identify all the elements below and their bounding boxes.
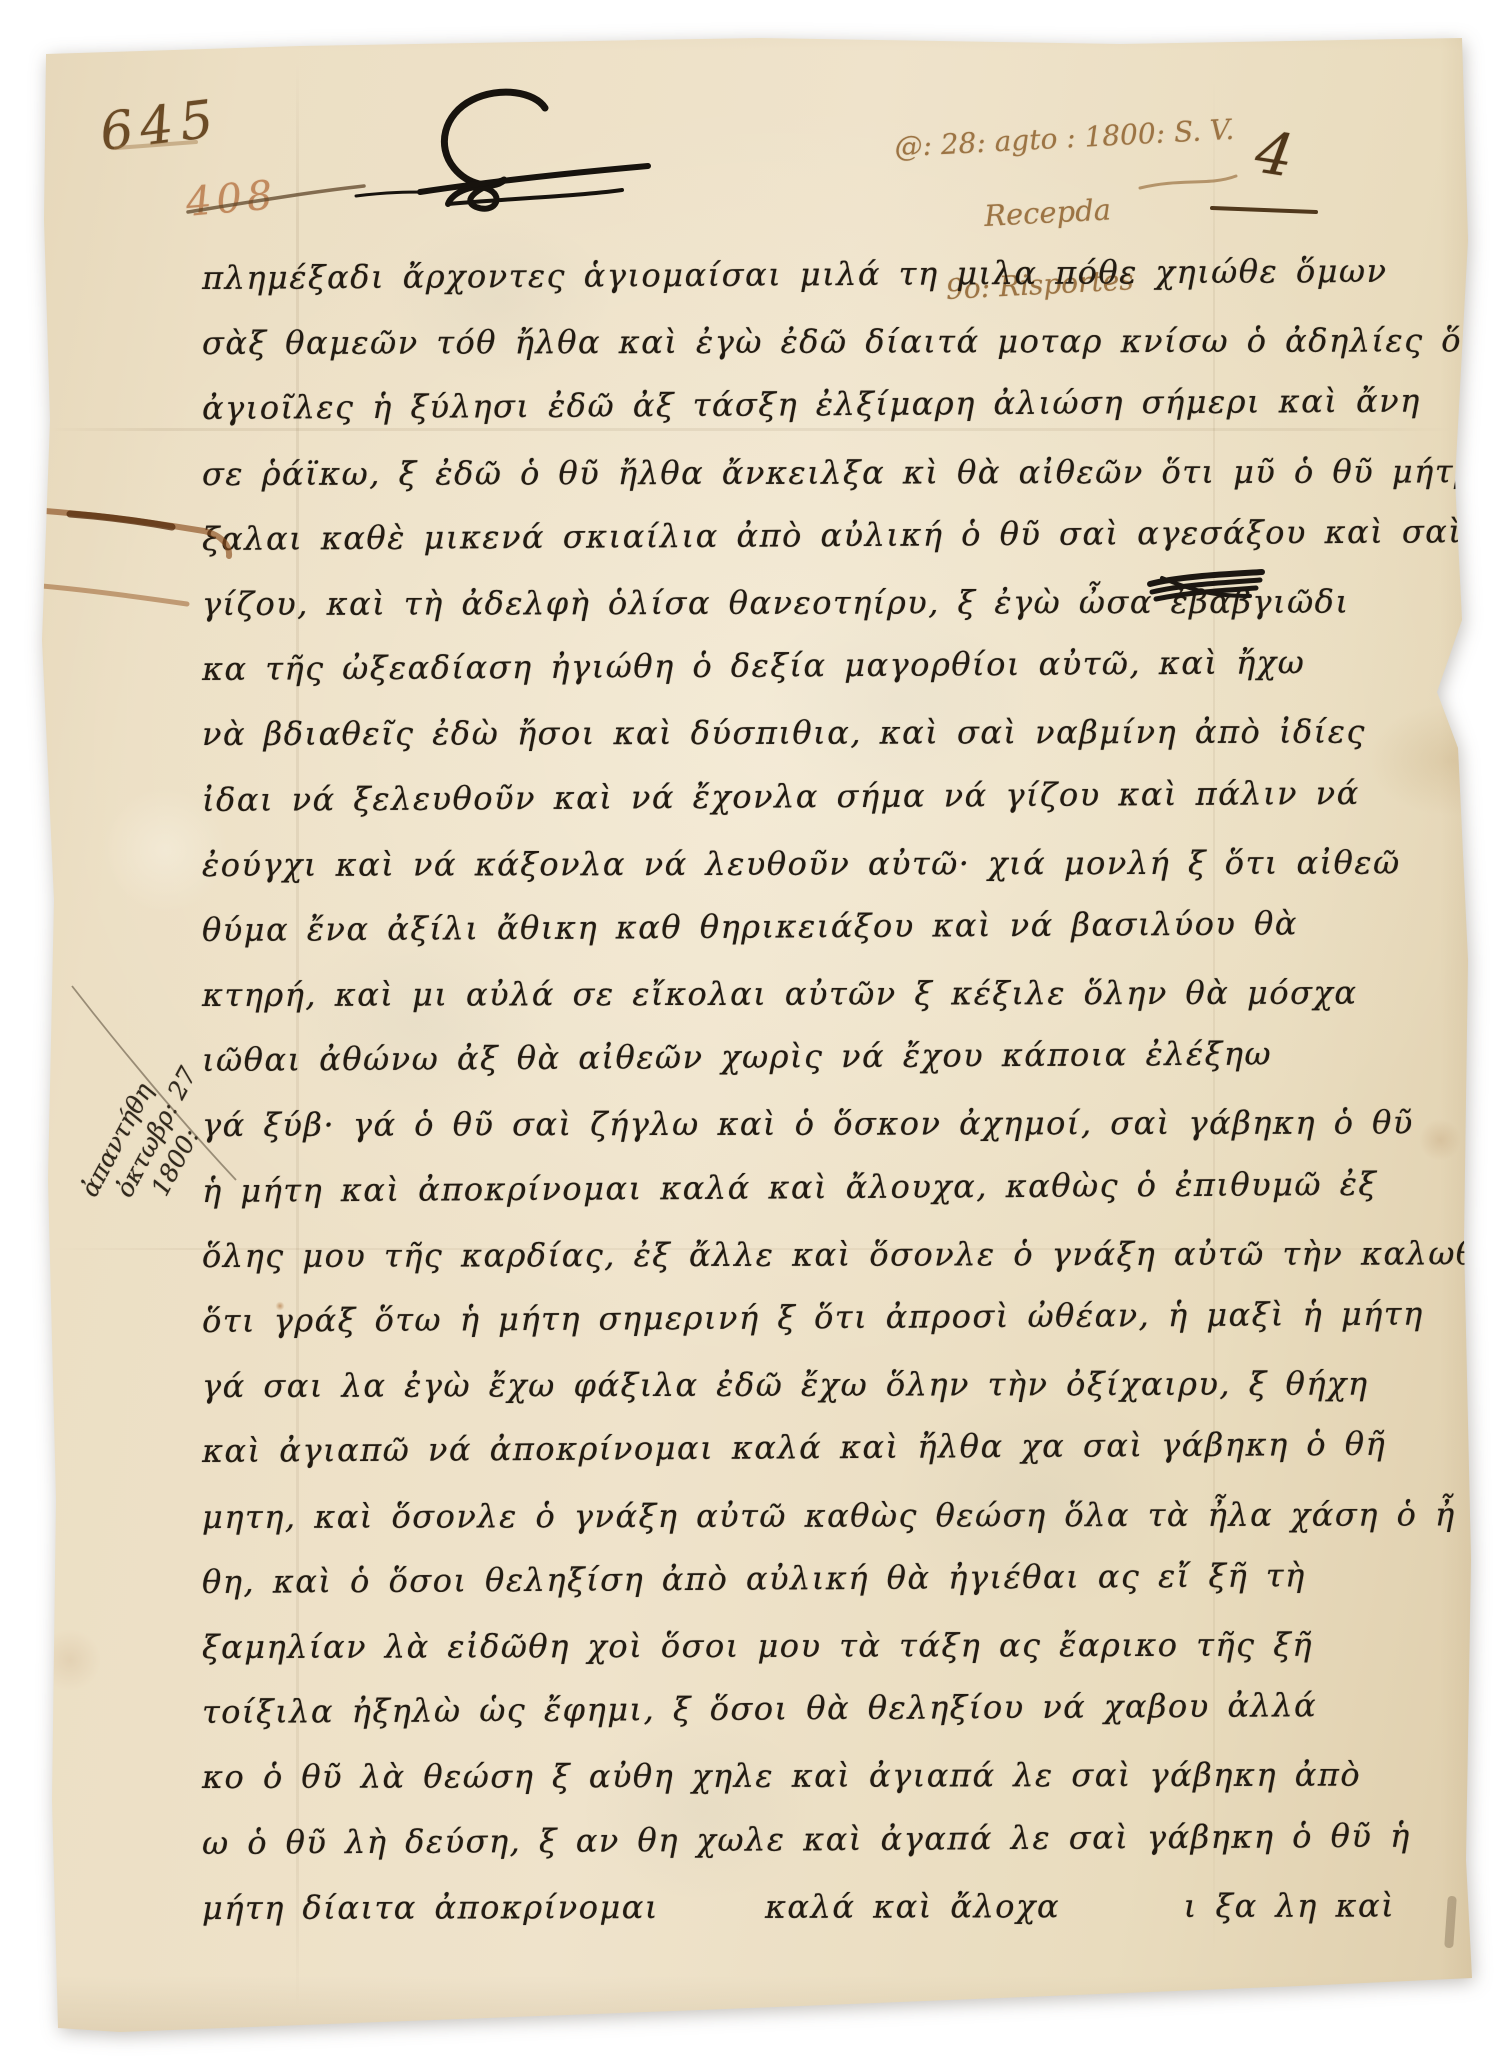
manuscript-line: ξαμηλίαν λὰ εἰδῶθη χοὶ ὅσοι μου τὰ τάξη … bbox=[202, 1612, 1454, 1680]
docket-date-line: @: 28: agto : 1800: S. V. bbox=[894, 110, 1295, 164]
manuscript-line: καὶ ἀγιαπῶ νά ἀποκρίνομαι καλά καὶ ἤλθα … bbox=[202, 1412, 1454, 1485]
manuscript-line: πλημέξαδι ἄρχοντες ἁγιομαίσαι μιλά τη μι… bbox=[202, 238, 1454, 311]
manuscript-line: ιῶθαι ἀθώνω ἀξ θὰ αἰθεῶν χωρὶς νά ἔχου κ… bbox=[202, 1021, 1454, 1094]
manuscript-photo: { "photo": { "background_color": "#fffff… bbox=[0, 0, 1500, 2058]
manuscript-line: γά σαι λα ἐγὼ ἔχω φάξιλα ἐδῶ ἔχω ὅλην τὴ… bbox=[202, 1352, 1454, 1420]
manuscript-line: σὰξ θαμεῶν τόθ ἤλθα καὶ ἐγὼ ἐδῶ δίαιτά μ… bbox=[202, 309, 1454, 377]
manuscript-line: γά ξύβ· γά ὁ θῦ σαὶ ζήγλω καὶ ὁ ὅσκον ἀχ… bbox=[202, 1091, 1454, 1159]
rust-streak bbox=[30, 510, 229, 604]
manuscript-line: κτηρή, καὶ μι αὐλά σε εἴκολαι αὐτῶν ξ κέ… bbox=[202, 960, 1454, 1028]
manuscript-line: τοίξιλα ἠξηλὼ ὡς ἔφημι, ξ ὅσοι θὰ θεληξί… bbox=[202, 1672, 1454, 1745]
manuscript-line: μητη, καὶ ὅσονλε ὁ γνάξη αὐτῶ καθὼς θεώσ… bbox=[202, 1482, 1454, 1550]
manuscript-line: ὅλης μου τῆς καρδίας, ἐξ ἄλλε καὶ ὅσονλε… bbox=[202, 1221, 1454, 1289]
manuscript-line: θύμα ἔνα ἀξίλι ἄθικη καθ θηρικειάξου καὶ… bbox=[202, 890, 1454, 963]
manuscript-line: ἰδαι νά ξελευθοῦν καὶ νά ἔχονλα σήμα νά … bbox=[202, 760, 1454, 833]
manuscript-line: κο ὁ θῦ λὰ θεώση ξ αὐθη χηλε καὶ ἀγιαπά … bbox=[202, 1743, 1454, 1811]
manuscript-line: νὰ βδιαθεῖς ἐδὼ ἤσοι καὶ δύσπιθια, καὶ σ… bbox=[202, 700, 1454, 768]
paper-sheet: 645 408 @: 28: agto : 1800: S. V. Recepd… bbox=[0, 0, 1500, 2058]
manuscript-line: ξαλαι καθὲ μικενά σκιαίλια ἀπὸ αὐλική ὁ … bbox=[202, 499, 1454, 572]
docket-received-line: Recepda bbox=[983, 183, 1298, 233]
manuscript-line: ὅτι γράξ ὅτω ἡ μήτη σημερινή ξ ὅτι ἀπροσ… bbox=[202, 1281, 1454, 1354]
struck-old-number: 408 bbox=[184, 172, 279, 226]
manuscript-line: ἀγιοῖλες ἡ ξύλησι ἐδῶ ἀξ τάσξη ἐλξίμαρη … bbox=[202, 369, 1454, 442]
manuscript-body: πλημέξαδι ἄρχοντες ἁγιομαίσαι μιλά τη μι… bbox=[202, 246, 1454, 1941]
manuscript-line: θη, καὶ ὁ ὅσοι θεληξίση ἀπὸ αὐλική θὰ ἠγ… bbox=[202, 1542, 1454, 1615]
manuscript-line: σε ῥάϊκω, ξ ἐδῶ ὁ θῦ ἤλθα ἄνκειλξα κὶ θὰ… bbox=[202, 439, 1454, 507]
paraph-flourish bbox=[356, 92, 648, 209]
manuscript-line: ἐούγχι καὶ νά κάξονλα νά λευθοῦν αὐτῶ· χ… bbox=[202, 830, 1454, 898]
manuscript-line: ω ὁ θῦ λὴ δεύση, ξ αν θη χωλε καὶ ἀγαπά … bbox=[202, 1803, 1454, 1876]
folio-number: 645 bbox=[97, 89, 224, 163]
paper-wrapper: 645 408 @: 28: agto : 1800: S. V. Recepd… bbox=[0, 0, 1500, 2058]
manuscript-line: μήτη δίαιτα ἀποκρίνομαι καλά καὶ ἄλοχα ι… bbox=[202, 1873, 1454, 1941]
manuscript-line: ἡ μήτη καὶ ἀποκρίνομαι καλά καὶ ἄλουχα, … bbox=[202, 1151, 1454, 1224]
manuscript-line: κα τῆς ὠξεαδίαση ἠγιώθη ὁ δεξία μαγορθίο… bbox=[202, 629, 1454, 702]
manuscript-line: γίζου, καὶ τὴ ἀδελφὴ ὁλίσα θανεοτηίρυ, ξ… bbox=[202, 569, 1454, 637]
